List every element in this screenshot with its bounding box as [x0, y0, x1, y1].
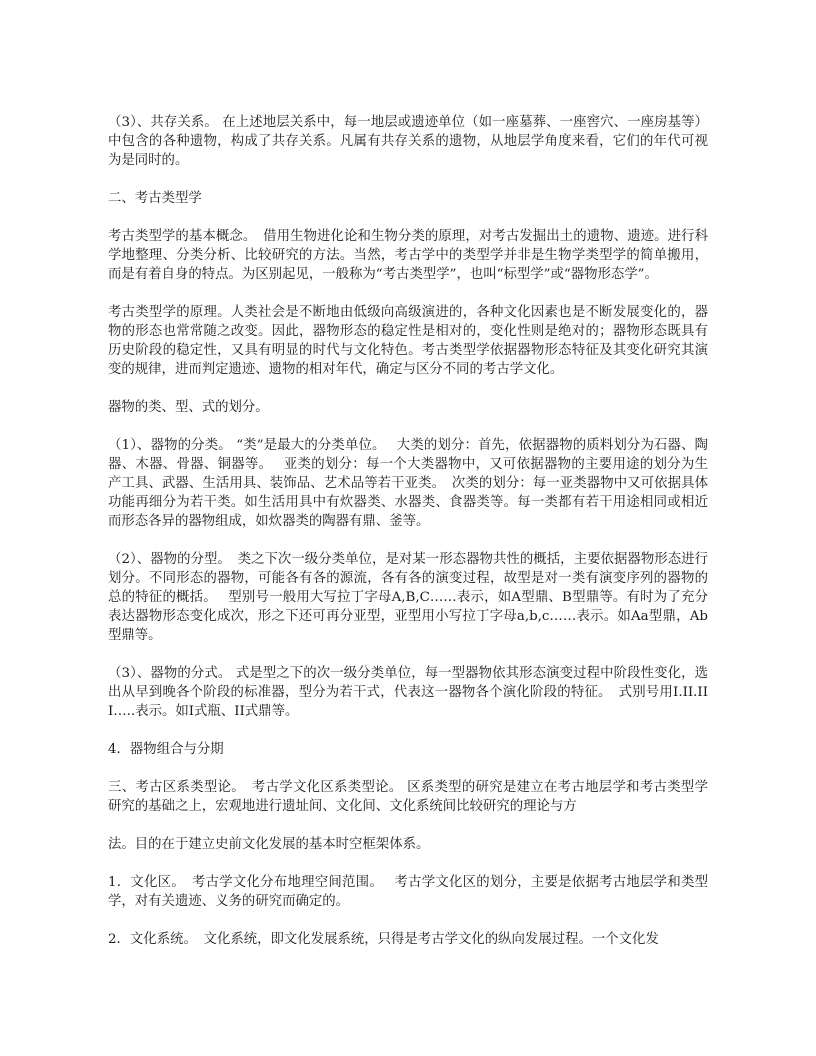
paragraph-artifact-class: （1）、器物的分类。 “类”是最大的分类单位。 大类的划分：首先，依据器物的质料…: [108, 436, 708, 531]
paragraph-artifact-type: （2）、器物的分型。 类之下次一级分类单位，是对某一形态器物共性的概括，主要依据…: [108, 550, 708, 645]
paragraph-coexistence: （3）、共存关系。 在上述地层关系中，每一地层或遗迹单位（如一座墓葬、一座窖穴、…: [108, 113, 708, 170]
paragraph-artifact-style: （3）、器物的分式。 式是型之下的次一级分类单位，每一型器物依其形态演变过程中阶…: [108, 664, 708, 721]
paragraph-cultural-system: 2．文化系统。 文化系统，即文化发展系统，只得是考古学文化的纵向发展过程。一个文…: [108, 930, 708, 949]
paragraph-typology-concept: 考古类型学的基本概念。 借用生物进化论和生物分类的原理，对考古发掘出土的遗物、遗…: [108, 227, 708, 284]
section-heading-regional-systems: 三、考古区系类型论。 考古学文化区系类型论。 区系类型的研究是建立在考古地层学和…: [108, 778, 708, 816]
paragraph-cultural-region: 1．文化区。 考古学文化分布地理空间范围。 考古学文化区的划分，主要是依据考古地…: [108, 873, 708, 911]
paragraph-typology-principle: 考古类型学的原理。人类社会是不断地由低级向高级演进的，各种文化因素也是不断发展变…: [108, 303, 708, 379]
section-heading-typology: 二、考古类型学: [108, 189, 708, 208]
subheading-assemblage-periodization: 4．器物组合与分期: [108, 740, 708, 759]
document-page: （3）、共存关系。 在上述地层关系中，每一地层或遗迹单位（如一座墓葬、一座窖穴、…: [108, 113, 708, 968]
subheading-classification: 器物的类、型、式的划分。: [108, 398, 708, 417]
paragraph-regional-purpose: 法。目的在于建立史前文化发展的基本时空框架体系。: [108, 835, 708, 854]
